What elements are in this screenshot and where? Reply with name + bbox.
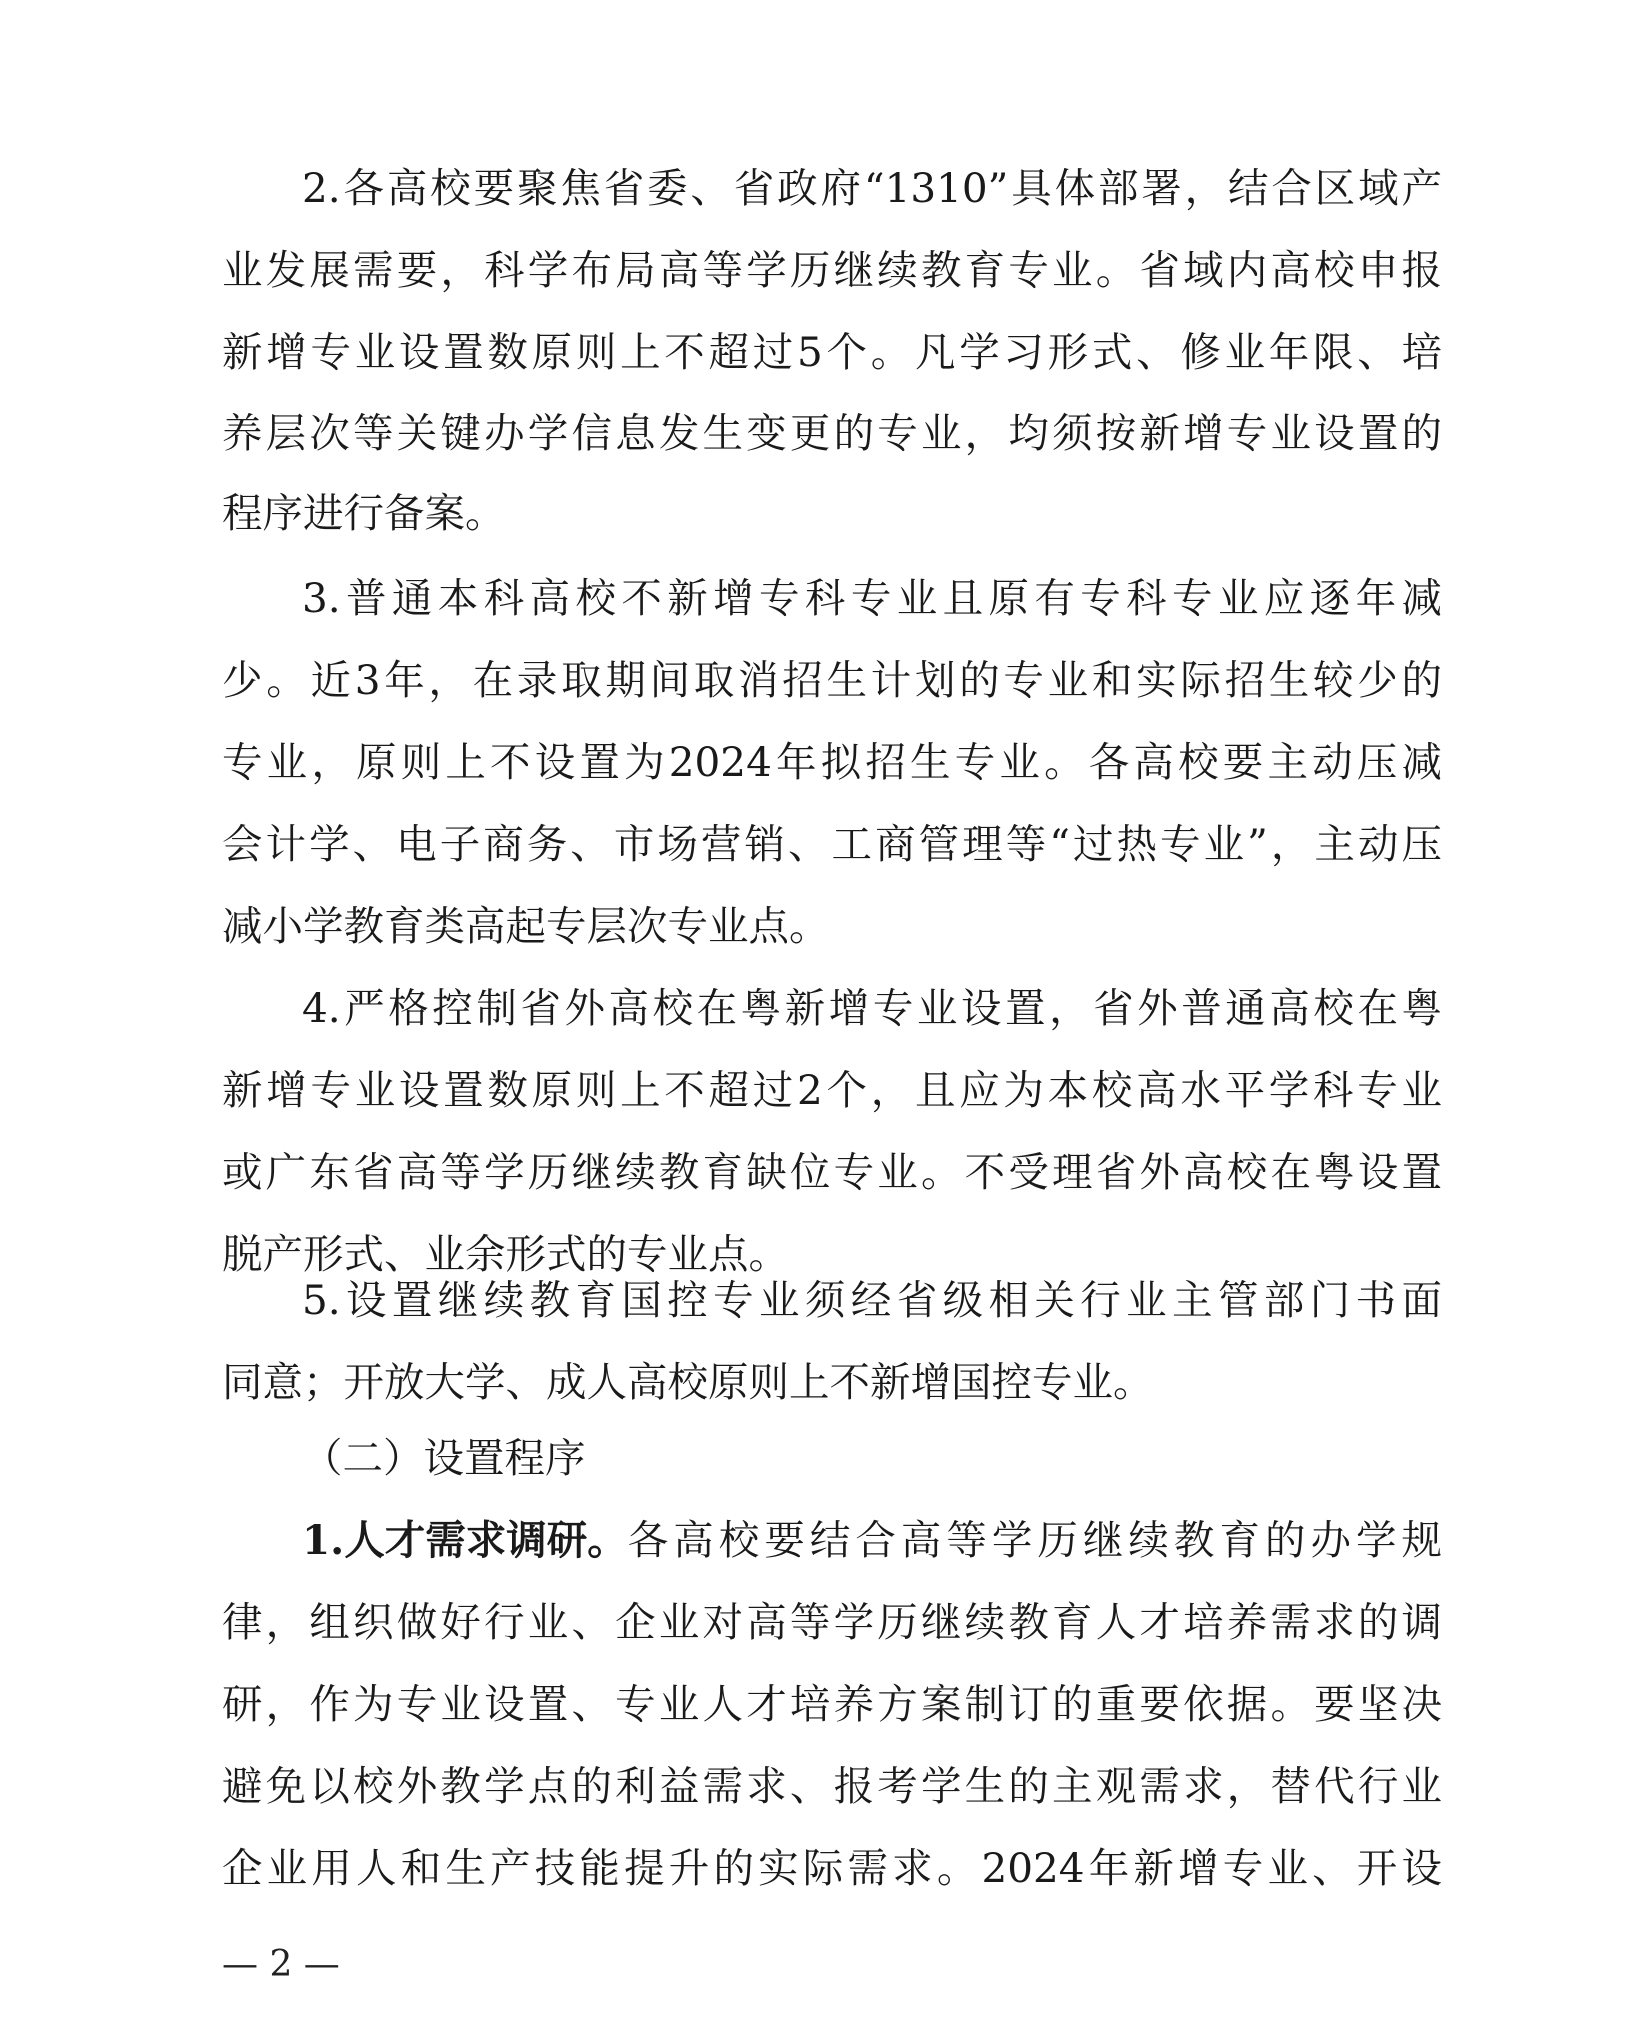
paragraph-demand-line-2: 律，组织做好行业、企业对高等学历继续教育人才培养需求的调 (222, 1592, 1442, 1652)
paragraph-3-line-4: 会计学、电子商务、市场营销、工商管理等“过热专业”，主动压 (222, 814, 1442, 874)
paragraph-5-line-1: 5.设置继续教育国控专业须经省级相关行业主管部门书面 (302, 1270, 1442, 1330)
paragraph-2-line-1: 2.各高校要聚焦省委、省政府“1310”具体部署，结合区域产 (302, 158, 1442, 218)
paragraph-demand-line-4: 避免以校外教学点的利益需求、报考学生的主观需求，替代行业 (222, 1756, 1442, 1816)
paragraph-4-line-1: 4.严格控制省外高校在粤新增专业设置，省外普通高校在粤 (302, 978, 1442, 1038)
paragraph-demand-line-1: 1.人才需求调研。 各高校要结合高等学历继续教育的办学规 (302, 1510, 1442, 1570)
paragraph-demand-line-3: 研，作为专业设置、专业人才培养方案制订的重要依据。要坚决 (222, 1674, 1442, 1734)
paragraph-3-line-5: 减小学教育类高起专层次专业点。 (222, 896, 1442, 956)
paragraph-3-line-2: 少。近3年，在录取期间取消招生计划的专业和实际招生较少的 (222, 650, 1442, 710)
document-page: 2.各高校要聚焦省委、省政府“1310”具体部署，结合区域产 业发展需要，科学布… (0, 0, 1650, 2020)
paragraph-demand-line-1-text: 各高校要结合高等学历继续教育的办学规 (628, 1510, 1442, 1570)
paragraph-2-line-5: 程序进行备案。 (222, 483, 1442, 543)
section-heading: （二）设置程序 (302, 1428, 586, 1488)
paragraph-2-line-4: 养层次等关键办学信息发生变更的专业，均须按新增专业设置的 (222, 403, 1442, 463)
bold-lead-heading: 1.人才需求调研。 (302, 1510, 628, 1570)
paragraph-2-line-3: 新增专业设置数原则上不超过5个。凡学习形式、修业年限、培 (222, 322, 1442, 382)
paragraph-4-line-3: 或广东省高等学历继续教育缺位专业。不受理省外高校在粤设置 (222, 1142, 1442, 1202)
paragraph-5-line-2: 同意；开放大学、成人高校原则上不新增国控专业。 (222, 1352, 1442, 1412)
paragraph-2-line-2: 业发展需要，科学布局高等学历继续教育专业。省域内高校申报 (222, 240, 1442, 300)
paragraph-3-line-3: 专业，原则上不设置为2024年拟招生专业。各高校要主动压减 (222, 732, 1442, 792)
paragraph-3-line-1: 3.普通本科高校不新增专科专业且原有专科专业应逐年减 (302, 568, 1442, 628)
page-number: — 2 — (222, 1940, 340, 1990)
paragraph-4-line-2: 新增专业设置数原则上不超过2个，且应为本校高水平学科专业 (222, 1060, 1442, 1120)
paragraph-demand-line-5: 企业用人和生产技能提升的实际需求。2024年新增专业、开设 (222, 1838, 1442, 1898)
